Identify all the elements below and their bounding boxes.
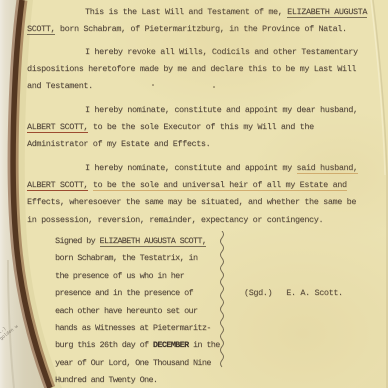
document-line: burg this 26th day of DECEMBER in the bbox=[55, 337, 220, 354]
emphasized-text: ALBERT SCOTT, bbox=[27, 180, 88, 191]
text-segment: (Sgd.) E. A. Scott. bbox=[244, 288, 343, 298]
ink-speck bbox=[152, 84, 154, 86]
text-segment: and Testament. bbox=[27, 81, 93, 91]
emphasized-text: ALBERT SCOTT, bbox=[27, 122, 88, 133]
document-line: ALBERT SCOTT, to be the sole and univers… bbox=[27, 177, 358, 194]
text-segment: This is the Last Will and Testament of m… bbox=[85, 7, 287, 17]
document-line: and Testament. bbox=[27, 78, 358, 95]
heir-paragraph: I hereby nominate, constitute and appoin… bbox=[27, 160, 358, 229]
document-line: Signed by ELIZABETH AUGUSTA SCOTT, bbox=[55, 233, 220, 250]
emphasized-text: DECEMBER bbox=[153, 340, 189, 350]
opening-paragraph: This is the Last Will and Testament of m… bbox=[27, 4, 367, 38]
text-segment: born Schabram, the Testatrix, in bbox=[55, 253, 197, 263]
document-line: the presence of us who in her bbox=[55, 268, 220, 285]
text-segment: I hereby revoke all Wills, Codicils and … bbox=[85, 47, 358, 57]
document-line: I hereby nominate, constitute and appoin… bbox=[27, 160, 358, 177]
text-segment: Signed by bbox=[55, 236, 100, 246]
text-segment: each other have hereunto set our bbox=[55, 306, 197, 316]
text-segment: Hundred and Twenty One. bbox=[55, 375, 157, 385]
emphasized-text: ELIZABETH AUGUSTA bbox=[287, 7, 367, 18]
scan-root: { "colors": { "page": "#ebe2b2", "page_e… bbox=[0, 0, 388, 388]
document-line: (Sgd.) E. A. Scott. bbox=[244, 285, 343, 302]
text-segment: I hereby nominate, constitute and appoin… bbox=[85, 163, 297, 173]
document-text: This is the Last Will and Testament of m… bbox=[0, 0, 388, 388]
text-segment: to be the sole Executor of this my Will … bbox=[88, 122, 314, 132]
emphasized-text: said husband, bbox=[297, 163, 358, 174]
text-segment: in the bbox=[189, 340, 220, 350]
text-segment: hands as Witnesses at Pietermaritz- bbox=[55, 323, 211, 333]
text-segment: burg this 26th day of bbox=[55, 340, 153, 350]
revocation-paragraph: I hereby revoke all Wills, Codicils and … bbox=[27, 44, 358, 96]
document-line: This is the Last Will and Testament of m… bbox=[27, 4, 367, 21]
emphasized-text: ELIZABETH AUGUSTA SCOTT, bbox=[100, 236, 207, 247]
document-line: each other have hereunto set our bbox=[55, 303, 220, 320]
document-line: Administrator of my Estate and Effects. bbox=[27, 136, 358, 153]
attestation-clause: Signed by ELIZABETH AUGUSTA SCOTT,born S… bbox=[55, 233, 220, 388]
document-line: dispositions heretofore made by me and d… bbox=[27, 61, 358, 78]
document-line: year of Our Lord, One Thousand Nine bbox=[55, 355, 220, 372]
document-line: I hereby revoke all Wills, Codicils and … bbox=[27, 44, 358, 61]
text-segment: born Schabram, of Pietermaritzburg, in t… bbox=[55, 24, 346, 34]
executor-paragraph: I hereby nominate, constitute and appoin… bbox=[27, 102, 358, 154]
ink-speck bbox=[181, 50, 183, 52]
signature-line: (Sgd.) E. A. Scott. bbox=[244, 285, 343, 302]
document-line: I hereby nominate, constitute and appoin… bbox=[27, 102, 358, 119]
text-segment: year of Our Lord, One Thousand Nine bbox=[55, 358, 211, 368]
text-segment: I hereby nominate, constitute and appoin… bbox=[85, 105, 358, 115]
document-line: in possession, reversion, remainder, exp… bbox=[27, 212, 358, 229]
text-segment: Effects, wheresoever the same may be sit… bbox=[27, 197, 356, 207]
text-segment: dispositions heretofore made by me and d… bbox=[27, 64, 356, 74]
document-line: Hundred and Twenty One. bbox=[55, 372, 220, 388]
text-segment: presence and in the presence of bbox=[55, 288, 193, 298]
emphasized-text: to be the sole and universal heir of all… bbox=[93, 180, 347, 191]
attestation-brace bbox=[216, 231, 230, 371]
document-line: hands as Witnesses at Pietermaritz- bbox=[55, 320, 220, 337]
document-line: ALBERT SCOTT, to be the sole Executor of… bbox=[27, 119, 358, 136]
document-line: Effects, wheresoever the same may be sit… bbox=[27, 194, 358, 211]
document-line: born Schabram, the Testatrix, in bbox=[55, 250, 220, 267]
document-line: SCOTT, born Schabram, of Pietermaritzbur… bbox=[27, 21, 367, 38]
text-segment: Administrator of my Estate and Effects. bbox=[27, 139, 210, 149]
emphasized-text: SCOTT, bbox=[27, 24, 55, 35]
ink-speck bbox=[213, 86, 215, 88]
text-segment: the presence of us who in her bbox=[55, 271, 184, 281]
document-line: presence and in the presence of bbox=[55, 285, 220, 302]
text-segment: in possession, reversion, remainder, exp… bbox=[27, 215, 323, 225]
